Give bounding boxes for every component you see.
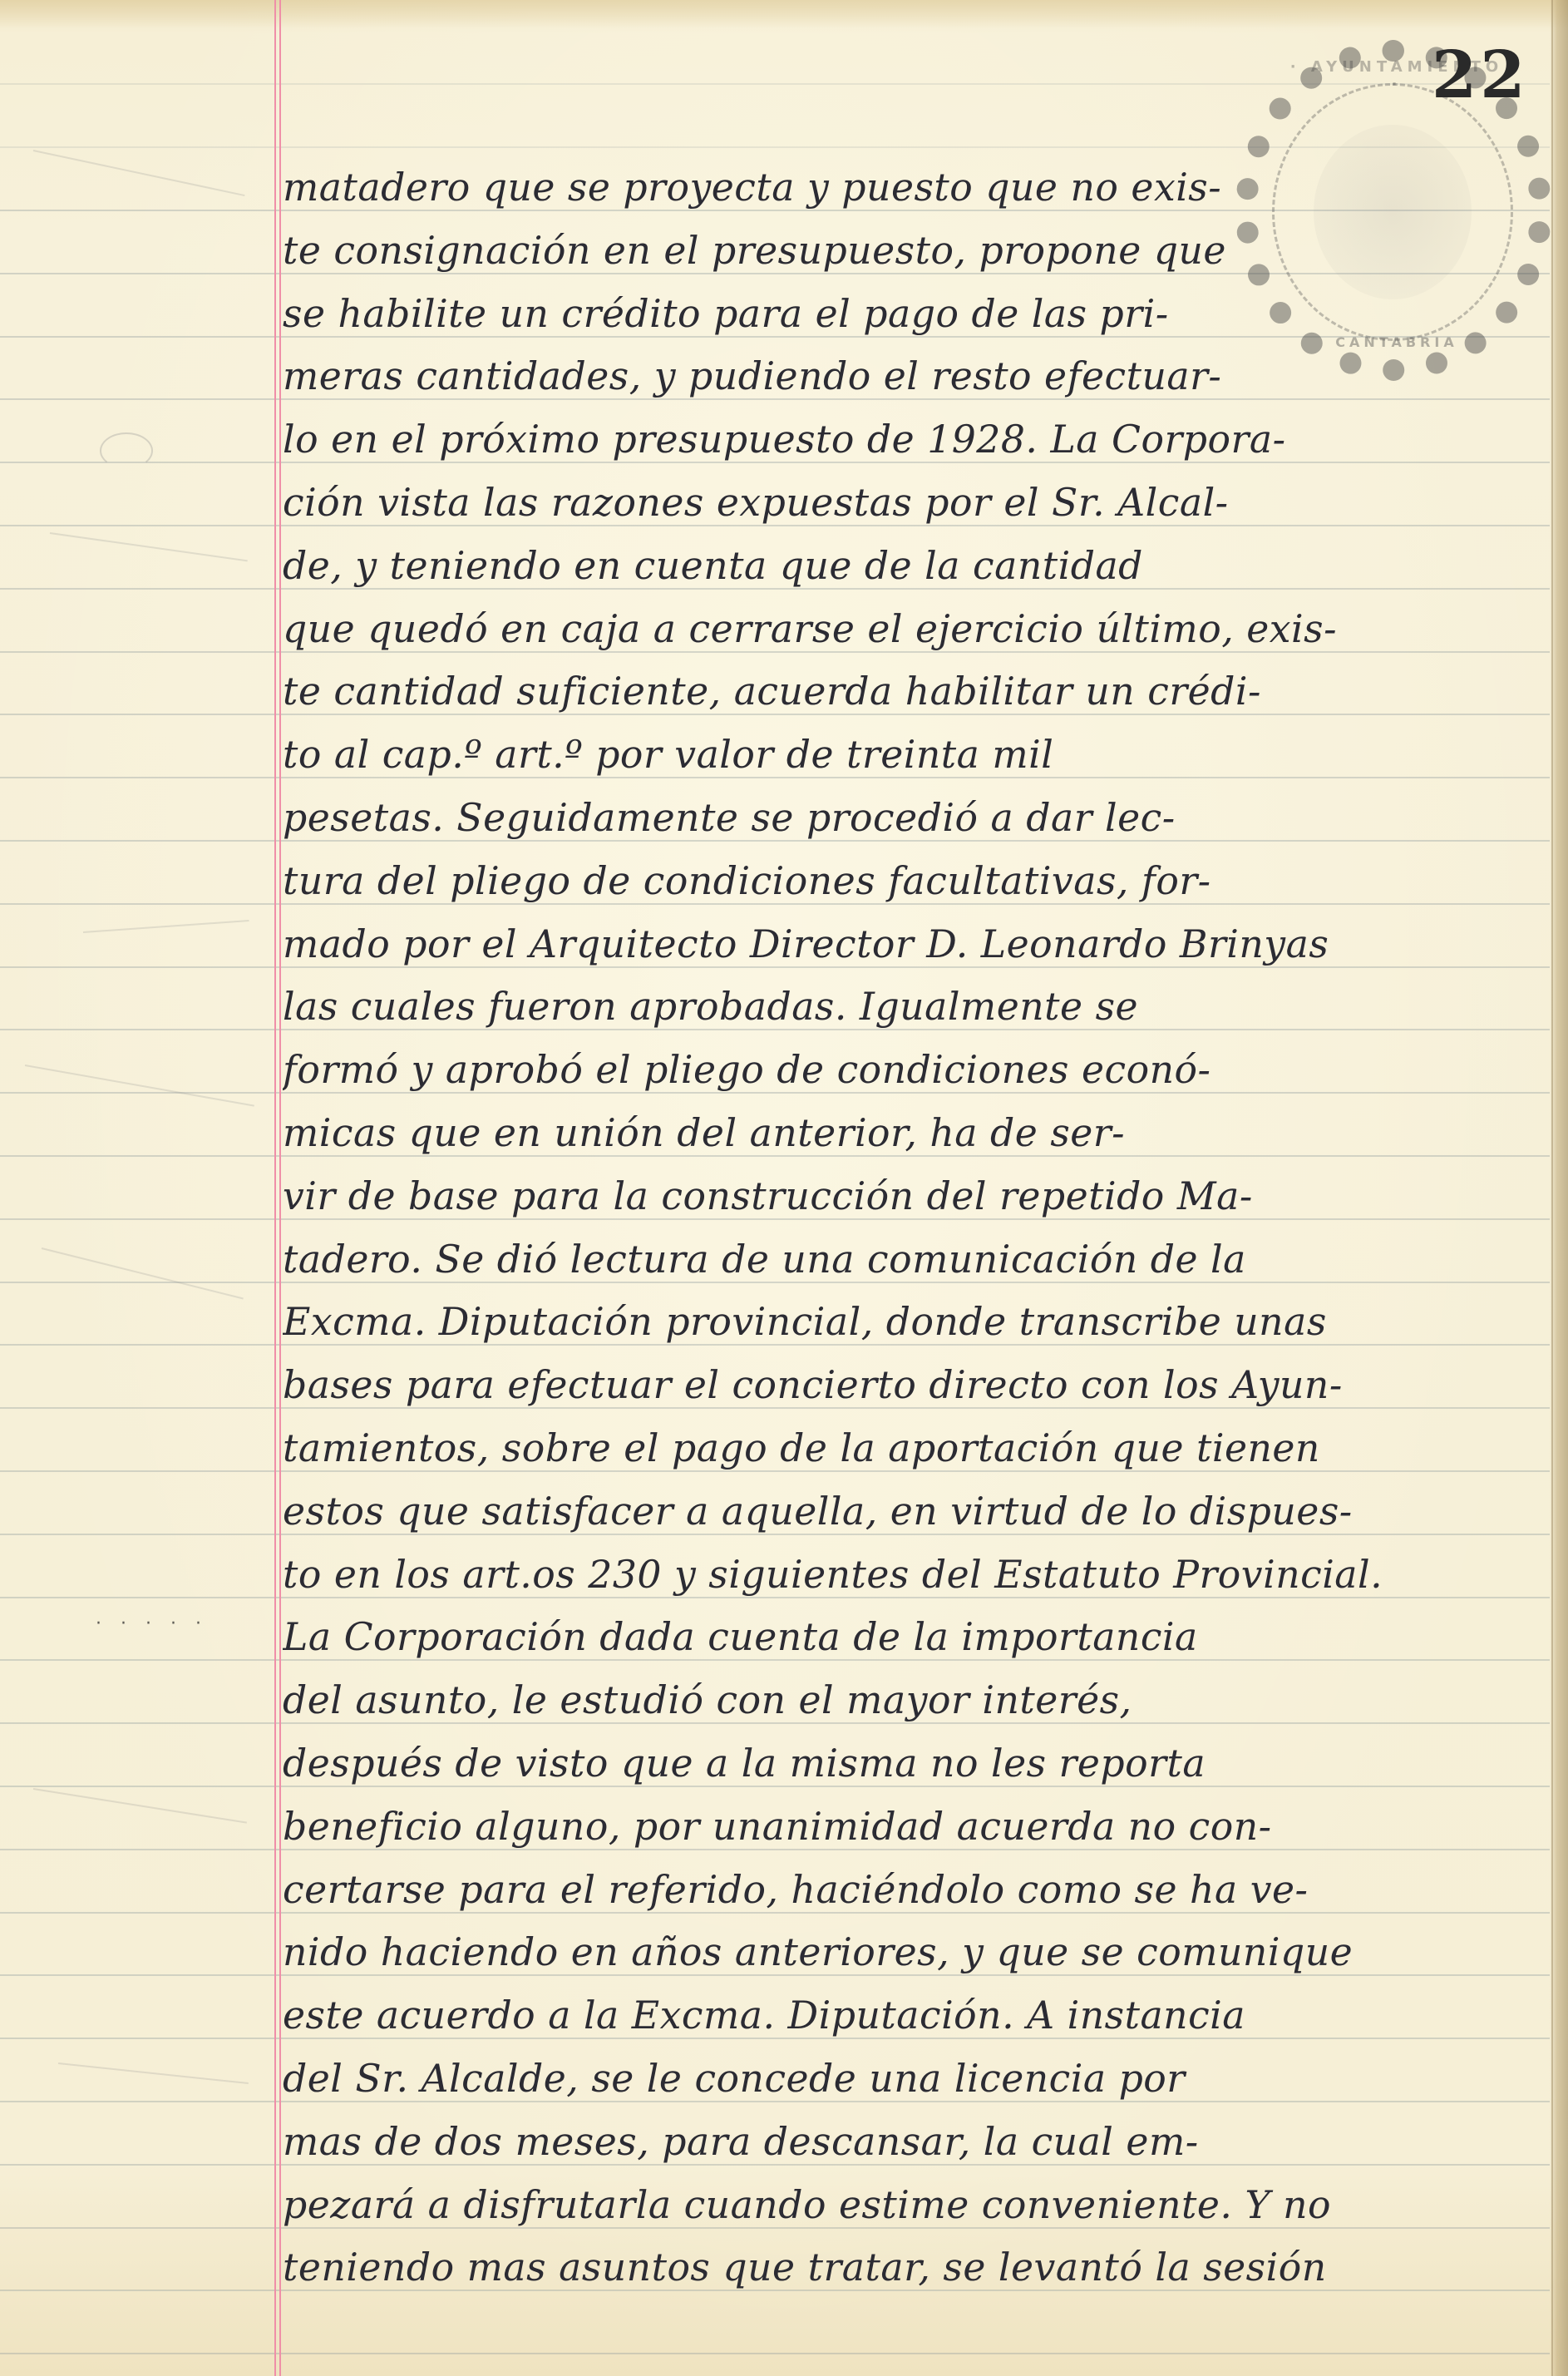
handwritten-line: Excma. Diputación provincial, donde tran…: [283, 1292, 1529, 1351]
handwritten-line: de, y teniendo en cuenta que de la canti…: [283, 536, 1529, 595]
bleed-through-mark: [83, 920, 249, 933]
handwritten-line: lo en el próximo presupuesto de 1928. La…: [283, 410, 1529, 468]
handwritten-line: tura del pliego de condiciones facultati…: [283, 852, 1529, 910]
bleed-through-mark: [50, 532, 248, 561]
ruled-line: [0, 2353, 1550, 2354]
margin-line-right: [279, 0, 281, 2376]
handwritten-line: después de visto que a la misma no les r…: [283, 1734, 1529, 1792]
handwritten-line: mas de dos meses, para descansar, la cua…: [283, 2112, 1529, 2171]
handwritten-line: del Sr. Alcalde, se le concede una licen…: [283, 2049, 1529, 2107]
handwritten-line: teniendo mas asuntos que tratar, se leva…: [283, 2238, 1529, 2296]
bleed-through-mark: [42, 1247, 244, 1299]
page-number: 22: [1432, 43, 1529, 108]
handwritten-line: estos que satisfacer a aquella, en virtu…: [283, 1482, 1529, 1540]
bleed-through-mark: [58, 2062, 249, 2084]
margin-pencil-mark: [100, 432, 153, 469]
handwritten-line: del asunto, le estudió con el mayor inte…: [283, 1671, 1529, 1729]
handwritten-line: tamientos, sobre el pago de la aportació…: [283, 1419, 1529, 1477]
handwritten-line: pesetas. Seguidamente se procedió a dar …: [283, 788, 1529, 847]
handwritten-line: las cuales fueron aprobadas. Igualmente …: [283, 977, 1529, 1035]
handwritten-line: que quedó en caja a cerrarse el ejercici…: [283, 600, 1529, 658]
handwritten-line: tadero. Se dió lectura de una comunicaci…: [283, 1230, 1529, 1288]
bleed-through-mark: [33, 1788, 247, 1824]
handwritten-line: ción vista las razones expuestas por el …: [283, 473, 1529, 531]
handwritten-line: to en los art.os 230 y siguientes del Es…: [283, 1545, 1529, 1603]
handwritten-line: se habilite un crédito para el pago de l…: [283, 284, 1529, 343]
ledger-page: · · · · · · AYUNTAMIENTO · CANTABRIA 22 …: [0, 0, 1568, 2376]
page-top-edge: [0, 0, 1568, 28]
handwritten-line: matadero que se proyecta y puesto que no…: [283, 158, 1529, 216]
handwritten-line: micas que en unión del anterior, ha de s…: [283, 1104, 1529, 1162]
bleed-through-mark: [25, 1065, 254, 1107]
margin-line-left: [274, 0, 276, 2376]
handwritten-line: este acuerdo a la Excma. Diputación. A i…: [283, 1986, 1529, 2044]
handwritten-line: certarse para el referido, haciéndolo co…: [283, 1860, 1529, 1919]
handwritten-line: te cantidad suficiente, acuerda habilita…: [283, 662, 1529, 720]
handwritten-line: mado por el Arquitecto Director D. Leona…: [283, 915, 1529, 973]
handwritten-line: te consignación en el presupuesto, propo…: [283, 221, 1529, 279]
page-edge-line: [1551, 0, 1553, 2376]
handwritten-line: meras cantidades, y pudiendo el resto ef…: [283, 347, 1529, 405]
handwritten-line: vir de base para la construcción del rep…: [283, 1167, 1529, 1225]
handwritten-line: bases para efectuar el concierto directo…: [283, 1356, 1529, 1414]
handwritten-line: pezará a disfrutarla cuando estime conve…: [283, 2176, 1529, 2234]
handwritten-line: formó y aprobó el pliego de condiciones …: [283, 1040, 1529, 1099]
handwritten-line: La Corporación dada cuenta de la importa…: [283, 1608, 1529, 1666]
bleed-through-mark: [33, 150, 245, 196]
handwritten-line: beneficio alguno, por unanimidad acuerda…: [283, 1797, 1529, 1855]
handwritten-line: to al cap.º art.º por valor de treinta m…: [283, 725, 1529, 783]
margin-ink-dots: · · · · ·: [96, 1613, 279, 1647]
handwritten-line: nido haciendo en años anteriores, y que …: [283, 1923, 1529, 1981]
